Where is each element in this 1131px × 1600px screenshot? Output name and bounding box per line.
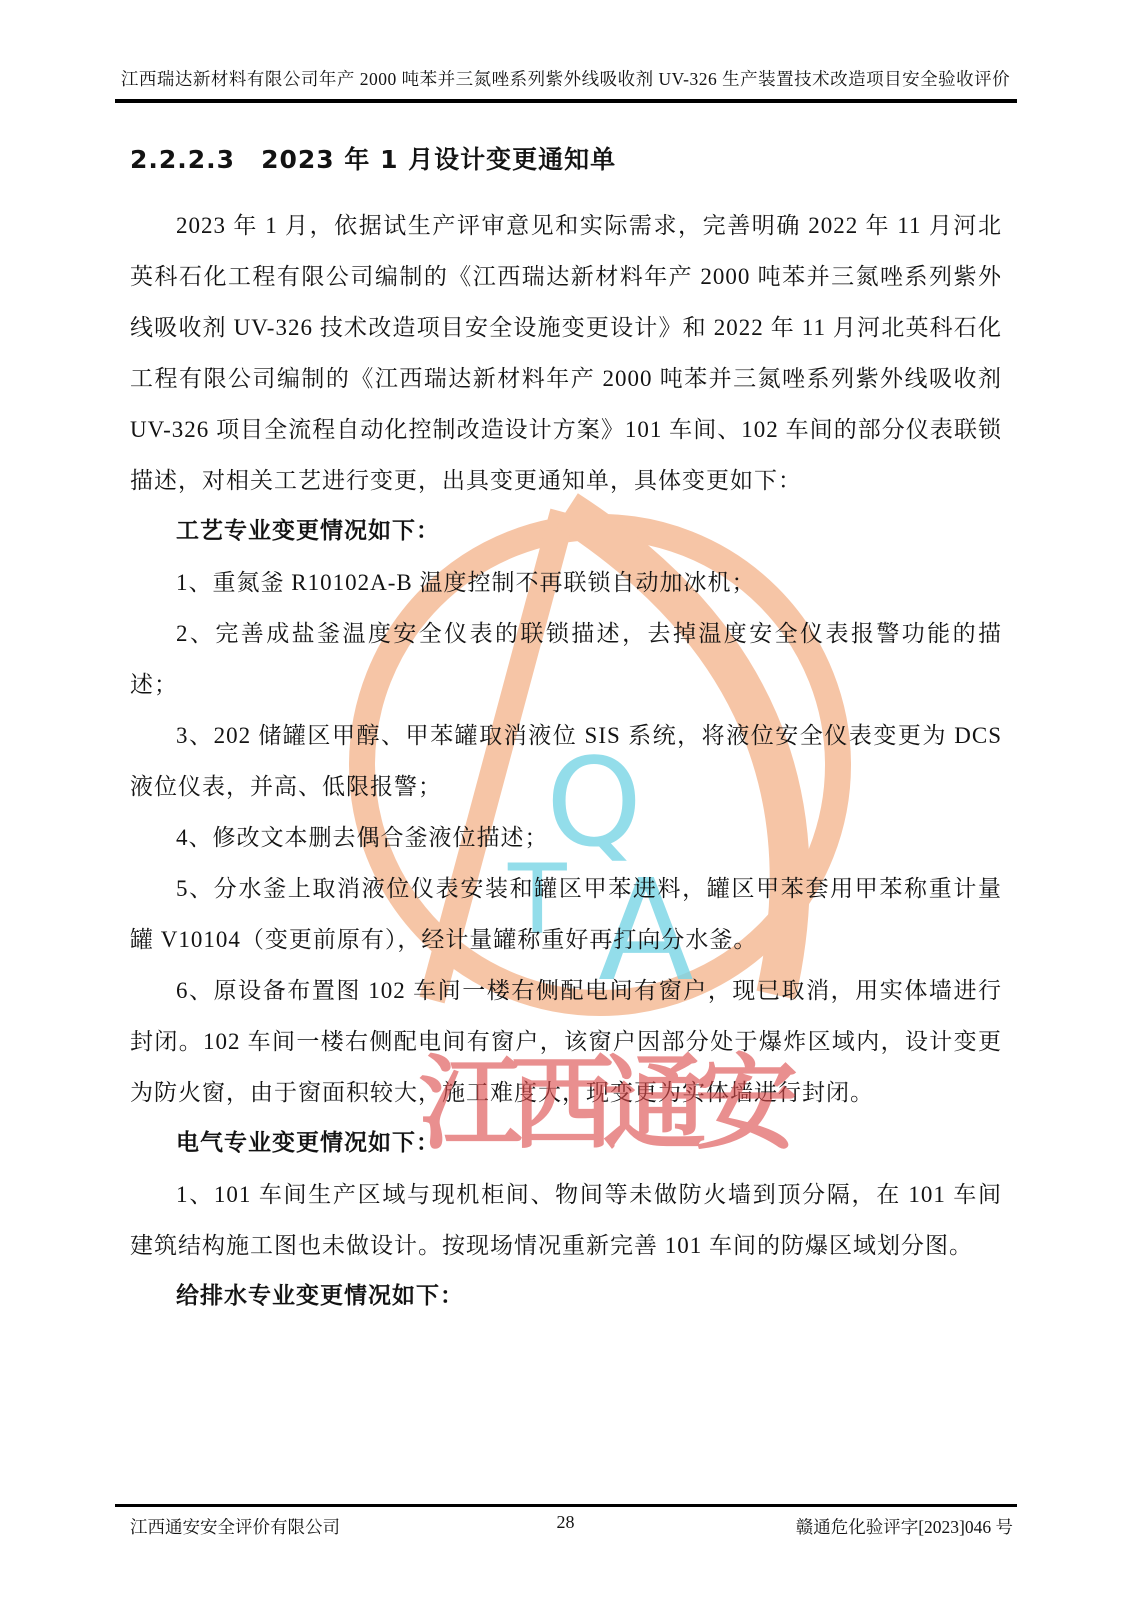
list-item: 2、完善成盐釜温度安全仪表的联锁描述，去掉温度安全仪表报警功能的描述；	[130, 608, 1002, 710]
footer-doc-number: 赣通危化验评字[2023]046 号	[796, 1514, 1013, 1539]
section-title: 2023 年 1 月设计变更通知单	[261, 145, 616, 174]
list-item: 5、分水釜上取消液位仪表安装和罐区甲苯进料，罐区甲苯套用甲苯称重计量罐 V101…	[130, 863, 1002, 965]
section-heading: 2.2.2.32023 年 1 月设计变更通知单	[130, 140, 1002, 180]
subheading-electrical: 电气专业变更情况如下：	[130, 1118, 1002, 1169]
header-rule	[115, 99, 1017, 103]
subheading-process: 工艺专业变更情况如下：	[130, 506, 1002, 557]
footer-rule	[115, 1504, 1017, 1507]
list-item: 1、101 车间生产区域与现机柜间、物间等未做防火墙到顶分隔，在 101 车间建…	[130, 1169, 1002, 1271]
document-body: 2.2.2.32023 年 1 月设计变更通知单 2023 年 1 月，依据试生…	[130, 140, 1002, 1322]
list-item: 4、修改文本删去偶合釜液位描述；	[130, 812, 1002, 863]
list-item: 1、重氮釜 R10102A-B 温度控制不再联锁自动加冰机；	[130, 557, 1002, 608]
page-header-title: 江西瑞达新材料有限公司年产 2000 吨苯并三氮唑系列紫外线吸收剂 UV-326…	[0, 66, 1131, 91]
paragraph: 2023 年 1 月，依据试生产评审意见和实际需求，完善明确 2022 年 11…	[130, 200, 1002, 506]
subheading-plumbing: 给排水专业变更情况如下：	[130, 1271, 1002, 1322]
list-item: 3、202 储罐区甲醇、甲苯罐取消液位 SIS 系统，将液位安全仪表变更为 DC…	[130, 710, 1002, 812]
section-number: 2.2.2.3	[130, 145, 235, 174]
document-page: Q T A 江西瑞达新材料有限公司年产 2000 吨苯并三氮唑系列紫外线吸收剂 …	[0, 0, 1131, 1600]
list-item: 6、原设备布置图 102 车间一楼右侧配电间有窗户，现已取消，用实体墙进行封闭。…	[130, 965, 1002, 1118]
